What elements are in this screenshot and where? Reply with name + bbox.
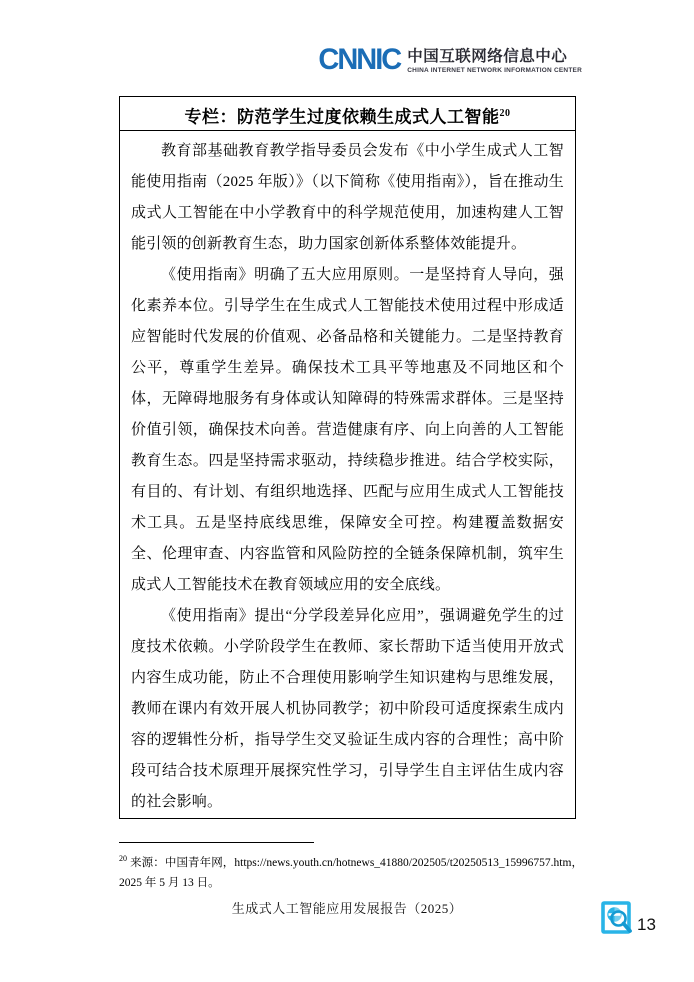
org-name-chinese: 中国互联网络信息中心 xyxy=(407,47,582,66)
paragraph: 为防范学生因过度依赖生成式人工智能而弱化独立思考能力，《使用指南》从制度规范、教… xyxy=(131,818,564,819)
column-box: 专栏：防范学生过度依赖生成式人工智能20 教育部基础教育教学指导委员会发布《中小… xyxy=(119,96,576,819)
footnote: 20来源：中国青年网，https://news.youth.cn/hotnews… xyxy=(119,849,583,893)
paragraph: 教育部基础教育教学指导委员会发布《中小学生成式人工智能使用指南（2025 年版）… xyxy=(131,136,564,260)
page-number: 13 xyxy=(637,915,656,935)
document-page: CNNIC 中国互联网络信息中心 CHINA INTERNET NETWORK … xyxy=(0,0,694,982)
footnote-text: 来源：中国青年网，https://news.youth.cn/hotnews_4… xyxy=(119,857,583,889)
page-header: CNNIC 中国互联网络信息中心 CHINA INTERNET NETWORK … xyxy=(318,46,582,75)
report-magnifier-logo-icon xyxy=(601,901,633,936)
report-title-footer: 生成式人工智能应用发展报告（2025） xyxy=(0,898,694,917)
footnote-reference: 20 xyxy=(119,854,127,863)
column-box-body: 教育部基础教育教学指导委员会发布《中小学生成式人工智能使用指南（2025 年版）… xyxy=(120,131,575,819)
paragraph: 《使用指南》明确了五大应用原则。一是坚持育人导向，强化素养本位。引导学生在生成式… xyxy=(131,260,564,601)
org-name-english: CHINA INTERNET NETWORK INFORMATION CENTE… xyxy=(407,67,582,74)
paragraph: 《使用指南》提出“分学段差异化应用”，强调避免学生的过度技术依赖。小学阶段学生在… xyxy=(131,601,564,818)
footnote-separator xyxy=(119,842,314,843)
cnnic-logo-icon: CNNIC xyxy=(318,46,400,76)
title-footnote-reference: 20 xyxy=(500,108,511,119)
column-box-title-text: 专栏：防范学生过度依赖生成式人工智能 xyxy=(185,108,500,127)
column-box-title: 专栏：防范学生过度依赖生成式人工智能20 xyxy=(120,97,575,131)
cnnic-org-names: 中国互联网络信息中心 CHINA INTERNET NETWORK INFORM… xyxy=(407,47,582,74)
